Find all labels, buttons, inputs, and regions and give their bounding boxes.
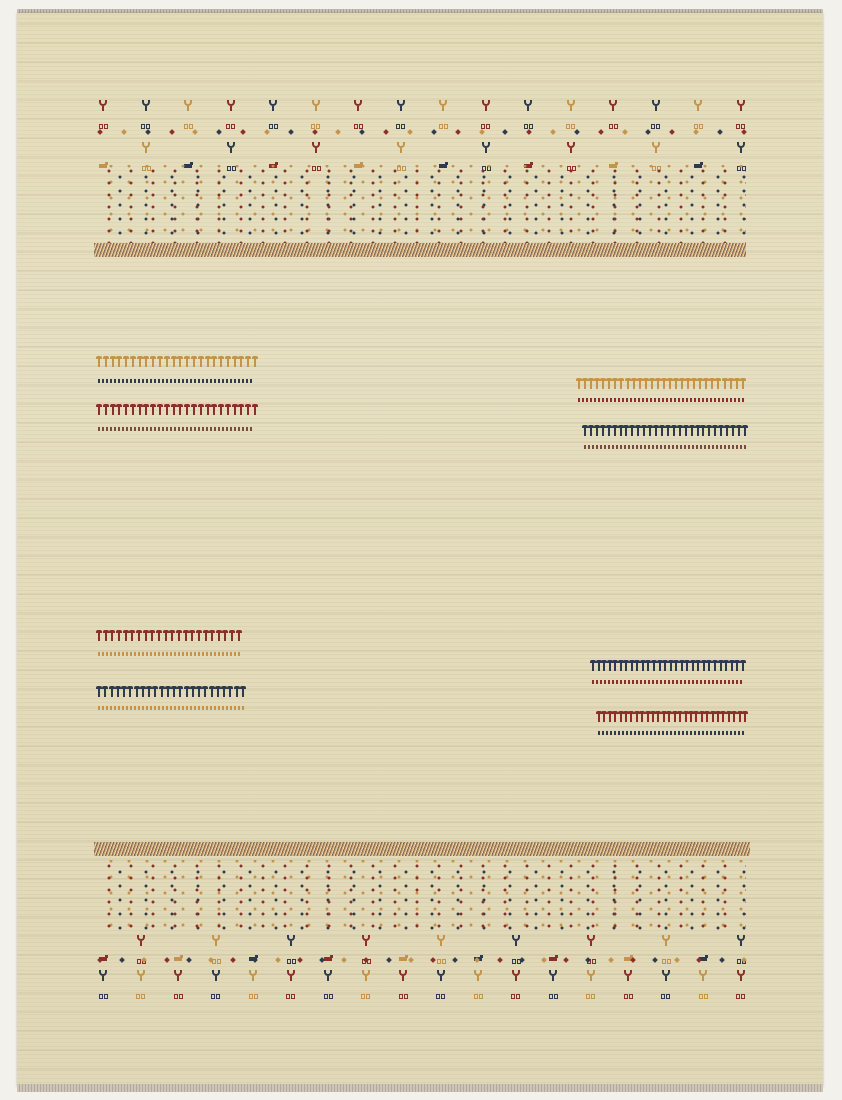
tree-icon <box>436 970 446 992</box>
arrow-icon <box>609 713 611 722</box>
arrow-icon <box>154 688 156 697</box>
arrow-icon <box>131 632 133 641</box>
arrow-icon <box>708 662 710 671</box>
top-stripe-band <box>94 243 746 257</box>
tree-motif <box>226 100 236 129</box>
arrow-icon <box>227 358 229 367</box>
arrow-icon <box>158 632 160 641</box>
tree-icon <box>586 970 596 992</box>
arrow-icon <box>742 662 744 671</box>
arrow-icon <box>165 632 167 641</box>
arrow-icon <box>229 688 231 697</box>
bottom-tree-row <box>98 970 746 999</box>
tree-icon <box>311 142 321 164</box>
arrow-icon <box>105 358 107 367</box>
arrow-icon <box>620 713 622 722</box>
tree-icon <box>398 970 408 992</box>
pot-icon <box>226 124 235 129</box>
pot-icon <box>436 994 445 999</box>
arrow-icon <box>204 688 206 697</box>
arrow-icon <box>598 662 600 671</box>
dot-icon <box>719 957 725 963</box>
tree-motif <box>173 970 183 999</box>
tree-motif <box>736 100 746 129</box>
arrow-icon <box>633 380 635 389</box>
arrow-icon <box>231 632 233 641</box>
arrow-icon <box>693 380 695 389</box>
dot-icon <box>312 129 318 135</box>
arrow-icon <box>166 406 168 415</box>
tree-icon <box>523 100 533 122</box>
dot-icon <box>455 129 461 135</box>
arrow-icon <box>736 662 738 671</box>
arrow-icon <box>238 632 240 641</box>
dot-icon <box>693 129 699 135</box>
arrow-icon <box>132 358 134 367</box>
tree-motif <box>323 970 333 999</box>
dot-icon <box>240 129 246 135</box>
tree-motif <box>98 100 108 129</box>
tree-icon <box>136 935 146 957</box>
arrow-icon <box>152 358 154 367</box>
left-zig-2 <box>98 427 254 431</box>
tree-icon <box>226 142 236 164</box>
arrow-icon <box>602 427 604 436</box>
arrow-icon <box>125 632 127 641</box>
arrow-icon <box>173 406 175 415</box>
dot-icon <box>264 129 270 135</box>
arrow-icon <box>637 427 639 436</box>
dot-icon <box>697 957 703 963</box>
arrow-icon <box>179 406 181 415</box>
top-dot-field <box>98 165 746 243</box>
dot-icon <box>541 957 547 963</box>
right-zig-2 <box>584 445 746 449</box>
pot-icon <box>736 994 745 999</box>
arrow-icon <box>714 662 716 671</box>
dot-icon <box>216 129 222 135</box>
arrow-icon <box>217 688 219 697</box>
arrow-icon <box>254 358 256 367</box>
arrow-icon <box>167 688 169 697</box>
arrow-icon <box>663 713 665 722</box>
arrow-icon <box>631 427 633 436</box>
arrow-icon <box>627 380 629 389</box>
arrow-icon <box>148 688 150 697</box>
arrow-icon <box>584 427 586 436</box>
dot-icon <box>741 957 747 963</box>
arrow-icon <box>129 688 131 697</box>
arrow-icon <box>207 406 209 415</box>
pot-icon <box>651 124 660 129</box>
tree-icon <box>481 142 491 164</box>
arrow-icon <box>675 380 677 389</box>
arrow-icon <box>198 632 200 641</box>
pot-icon <box>699 994 708 999</box>
arrow-icon <box>726 427 728 436</box>
arrow-icon <box>620 427 622 436</box>
arrow-icon <box>643 427 645 436</box>
tree-motif <box>566 100 576 129</box>
arrow-icon <box>690 713 692 722</box>
tree-icon <box>141 100 151 122</box>
tree-icon <box>736 100 746 122</box>
arrow-icon <box>186 406 188 415</box>
dot-icon <box>230 957 236 963</box>
arrow-icon <box>647 662 649 671</box>
arrow-icon <box>720 662 722 671</box>
arrow-icon <box>207 358 209 367</box>
tree-icon <box>248 970 258 992</box>
arrow-icon <box>702 427 704 436</box>
arrow-icon <box>636 662 638 671</box>
pot-icon <box>624 994 633 999</box>
tree-icon <box>473 970 483 992</box>
dot-icon <box>119 957 125 963</box>
arrow-icon <box>670 662 672 671</box>
right-arrow-row-3 <box>592 662 744 671</box>
arrow-icon <box>695 713 697 722</box>
tree-icon <box>438 100 448 122</box>
left-zig-1 <box>98 379 254 383</box>
tree-motif <box>473 970 483 999</box>
dot-icon <box>121 129 127 135</box>
dot-icon <box>652 957 658 963</box>
pot-icon <box>324 994 333 999</box>
arrow-icon <box>620 380 622 389</box>
arrow-icon <box>712 713 714 722</box>
dot-icon <box>97 129 103 135</box>
arrow-icon <box>625 662 627 671</box>
arrow-icon <box>717 380 719 389</box>
arrow-icon <box>657 713 659 722</box>
pot-icon <box>286 994 295 999</box>
tree-icon <box>661 935 671 957</box>
arrow-icon <box>673 427 675 436</box>
arrow-icon <box>112 406 114 415</box>
tree-icon <box>736 142 746 164</box>
arrow-icon <box>668 713 670 722</box>
dot-icon <box>145 129 151 135</box>
arrow-icon <box>631 662 633 671</box>
arrow-icon <box>224 632 226 641</box>
tree-motif <box>396 100 406 129</box>
tree-icon <box>361 935 371 957</box>
arrow-icon <box>240 406 242 415</box>
tree-motif <box>586 970 596 999</box>
dot-icon <box>717 129 723 135</box>
arrow-icon <box>240 358 242 367</box>
arrow-icon <box>234 358 236 367</box>
arrow-icon <box>659 662 661 671</box>
arrow-icon <box>614 662 616 671</box>
pot-icon <box>184 124 193 129</box>
arrow-icon <box>200 406 202 415</box>
tree-icon <box>736 970 746 992</box>
arrow-icon <box>730 380 732 389</box>
arrow-icon <box>649 427 651 436</box>
arrow-icon <box>213 358 215 367</box>
tree-motif <box>286 970 296 999</box>
arrow-icon <box>742 380 744 389</box>
left-zig-4 <box>98 706 244 710</box>
arrow-icon <box>123 688 125 697</box>
tree-motif <box>481 100 491 129</box>
arrow-icon <box>200 358 202 367</box>
arrow-icon <box>620 662 622 671</box>
pot-icon <box>609 124 618 129</box>
dot-icon <box>526 129 532 135</box>
dot-icon <box>430 957 436 963</box>
tree-icon <box>623 970 633 992</box>
arrow-icon <box>592 662 594 671</box>
dot-icon <box>674 957 680 963</box>
arrow-icon <box>584 380 586 389</box>
arrow-icon <box>139 406 141 415</box>
arrow-icon <box>614 713 616 722</box>
arrow-icon <box>664 662 666 671</box>
arrow-icon <box>728 713 730 722</box>
arrow-icon <box>98 632 100 641</box>
arrow-icon <box>603 662 605 671</box>
arrow-icon <box>630 713 632 722</box>
arrow-icon <box>173 688 175 697</box>
arrow-icon <box>639 380 641 389</box>
arrow-icon <box>227 406 229 415</box>
dot-icon <box>386 957 392 963</box>
arrow-icon <box>211 688 213 697</box>
arrow-icon <box>98 358 100 367</box>
pot-icon <box>396 124 405 129</box>
tree-icon <box>173 970 183 992</box>
dot-icon <box>383 129 389 135</box>
arrow-icon <box>653 662 655 671</box>
tree-motif <box>438 100 448 129</box>
arrow-icon <box>691 427 693 436</box>
tree-icon <box>141 142 151 164</box>
dot-icon <box>186 957 192 963</box>
tree-motif <box>693 100 703 129</box>
arrow-icon <box>98 406 100 415</box>
arrow-icon <box>151 632 153 641</box>
arrow-icon <box>247 358 249 367</box>
tree-icon <box>353 100 363 122</box>
tree-motif <box>361 970 371 999</box>
tree-icon <box>136 970 146 992</box>
tree-icon <box>311 100 321 122</box>
arrow-icon <box>186 358 188 367</box>
arrow-icon <box>254 406 256 415</box>
pot-icon <box>141 124 150 129</box>
dot-icon <box>550 129 556 135</box>
dot-icon <box>359 129 365 135</box>
arrow-icon <box>220 358 222 367</box>
dot-icon <box>288 129 294 135</box>
arrow-icon <box>218 632 220 641</box>
tree-icon <box>286 935 296 957</box>
arrow-icon <box>145 632 147 641</box>
arrow-icon <box>744 713 746 722</box>
arrow-icon <box>697 662 699 671</box>
arrow-icon <box>132 406 134 415</box>
arrow-icon <box>614 427 616 436</box>
dot-icon <box>497 957 503 963</box>
arrow-icon <box>685 713 687 722</box>
arrow-icon <box>686 662 688 671</box>
arrow-icon <box>652 713 654 722</box>
dot-icon <box>336 129 342 135</box>
arrow-icon <box>111 688 113 697</box>
dot-icon <box>193 129 199 135</box>
arrow-icon <box>651 380 653 389</box>
tree-icon <box>651 100 661 122</box>
arrow-icon <box>145 406 147 415</box>
tree-motif <box>398 970 408 999</box>
dot-icon <box>341 957 347 963</box>
tree-icon <box>98 970 108 992</box>
arrow-icon <box>714 427 716 436</box>
tree-icon <box>183 100 193 122</box>
tree-icon <box>651 142 661 164</box>
dot-icon <box>630 957 636 963</box>
arrow-icon <box>112 358 114 367</box>
dot-icon <box>475 957 481 963</box>
dot-icon <box>319 957 325 963</box>
arrow-icon <box>699 380 701 389</box>
arrow-icon <box>711 380 713 389</box>
dot-icon <box>164 957 170 963</box>
arrow-icon <box>213 406 215 415</box>
arrow-icon <box>152 406 154 415</box>
left-zig-3 <box>98 652 240 656</box>
arrow-icon <box>179 358 181 367</box>
tree-motif <box>608 100 618 129</box>
dot-icon <box>503 129 509 135</box>
arrow-icon <box>608 380 610 389</box>
arrow-icon <box>118 358 120 367</box>
left-arrow-row-4 <box>98 688 244 697</box>
tree-motif <box>523 100 533 129</box>
tree-motif <box>661 970 671 999</box>
arrow-icon <box>223 688 225 697</box>
arrow-icon <box>679 427 681 436</box>
pot-icon <box>481 124 490 129</box>
arrow-icon <box>657 380 659 389</box>
pot-icon <box>211 994 220 999</box>
tree-icon <box>548 970 558 992</box>
tree-icon <box>436 935 446 957</box>
arrow-icon <box>117 688 119 697</box>
arrow-icon <box>685 427 687 436</box>
arrow-icon <box>720 427 722 436</box>
arrow-icon <box>681 662 683 671</box>
arrow-icon <box>663 380 665 389</box>
arrow-icon <box>191 632 193 641</box>
tree-motif <box>141 100 151 129</box>
tree-motif <box>511 970 521 999</box>
pot-icon <box>269 124 278 129</box>
arrow-icon <box>603 713 605 722</box>
arrow-icon <box>234 406 236 415</box>
dot-icon <box>608 957 614 963</box>
arrow-icon <box>171 632 173 641</box>
dot-icon <box>519 957 525 963</box>
arrow-icon <box>193 406 195 415</box>
arrow-icon <box>159 358 161 367</box>
top-dot-row <box>98 130 746 134</box>
arrow-icon <box>125 358 127 367</box>
tree-motif <box>353 100 363 129</box>
tree-icon <box>211 970 221 992</box>
tree-icon <box>396 142 406 164</box>
arrow-icon <box>674 713 676 722</box>
arrow-icon <box>705 380 707 389</box>
tree-icon <box>98 100 108 122</box>
arrow-icon <box>111 632 113 641</box>
right-zig-3 <box>592 680 744 684</box>
arrow-icon <box>590 427 592 436</box>
arrow-icon <box>736 380 738 389</box>
tree-icon <box>511 935 521 957</box>
arrow-icon <box>645 380 647 389</box>
arrow-icon <box>247 406 249 415</box>
arrow-icon <box>145 358 147 367</box>
tree-icon <box>566 142 576 164</box>
pot-icon <box>361 994 370 999</box>
arrow-icon <box>118 632 120 641</box>
arrow-icon <box>602 380 604 389</box>
top-tree-row <box>98 100 746 129</box>
arrow-icon <box>669 380 671 389</box>
arrow-icon <box>179 688 181 697</box>
right-arrow-row-1 <box>578 380 744 389</box>
arrow-icon <box>596 380 598 389</box>
left-arrow-row-1 <box>98 358 256 367</box>
tree-icon <box>566 100 576 122</box>
arrow-icon <box>625 713 627 722</box>
tree-motif <box>183 100 193 129</box>
tree-motif <box>248 970 258 999</box>
bottom-dot-field <box>98 860 746 932</box>
tree-icon <box>323 970 333 992</box>
arrow-icon <box>236 688 238 697</box>
pot-icon <box>549 994 558 999</box>
tree-icon <box>268 100 278 122</box>
bottom-stripe-band <box>94 842 750 856</box>
left-arrow-row-2 <box>98 406 256 415</box>
bottom-fringe <box>17 1084 823 1092</box>
dot-icon <box>253 957 259 963</box>
tree-motif <box>623 970 633 999</box>
arrow-icon <box>679 713 681 722</box>
arrow-icon <box>744 427 746 436</box>
tree-motif <box>136 970 146 999</box>
arrow-icon <box>738 427 740 436</box>
arrow-icon <box>739 713 741 722</box>
tree-motif <box>548 970 558 999</box>
pot-icon <box>511 994 520 999</box>
arrow-icon <box>697 427 699 436</box>
arrow-icon <box>185 632 187 641</box>
arrow-icon <box>609 662 611 671</box>
arrow-icon <box>178 632 180 641</box>
arrow-icon <box>732 427 734 436</box>
arrow-icon <box>118 406 120 415</box>
arrow-icon <box>692 662 694 671</box>
arrow-icon <box>642 662 644 671</box>
arrow-icon <box>105 406 107 415</box>
dot-icon <box>646 129 652 135</box>
